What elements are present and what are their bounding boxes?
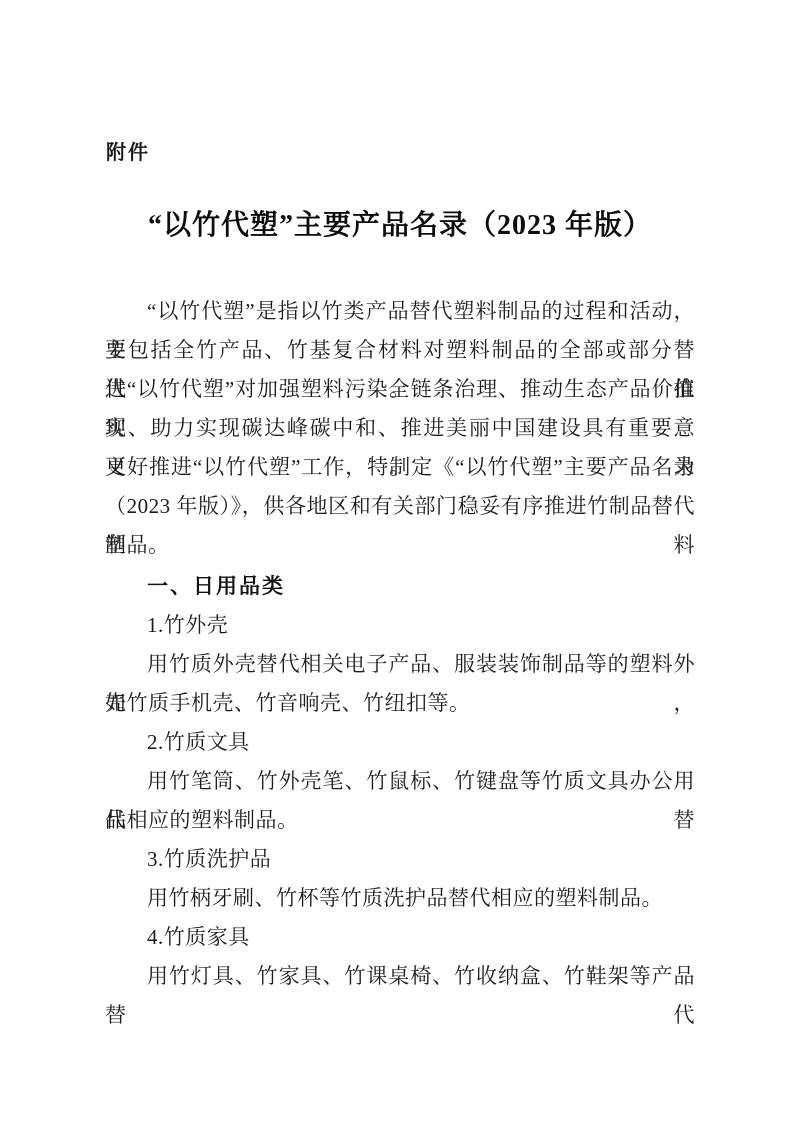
item-line: 用竹笔筒、竹外壳笔、竹鼠标、竹键盘等竹质文具办公用品替 xyxy=(105,762,695,801)
document-title: “以竹代塑”主要产品名录（2023 年版） xyxy=(80,203,720,243)
item-line: 用竹柄牙刷、竹杯等竹质洗护品替代相应的塑料制品。 xyxy=(105,879,695,918)
item-line: 用竹质外壳替代相关电子产品、服装装饰制品等的塑料外壳， xyxy=(105,645,695,684)
paragraph-line: 更好推进“以竹代塑”工作，特制定《“以竹代塑”主要产品名录 xyxy=(105,448,695,487)
paragraph-line: “以竹代塑”是指以竹类产品替代塑料制品的过程和活动，主 xyxy=(105,292,695,331)
item-title: 4.竹质家具 xyxy=(105,918,695,957)
attachment-label: 附件 xyxy=(106,136,150,165)
document-page: 附件 “以竹代塑”主要产品名录（2023 年版） “以竹代塑”是指以竹类产品替代… xyxy=(0,0,800,1132)
item-line: 用竹灯具、竹家具、竹课桌椅、竹收纳盒、竹鞋架等产品替代 xyxy=(105,957,695,996)
section-heading: 一、日用品类 xyxy=(105,567,695,606)
paragraph-line: 进“以竹代塑”对加强塑料污染全链条治理、推动生态产品价值实 xyxy=(105,370,695,409)
section-daily-goods: 一、日用品类 1.竹外壳 用竹质外壳替代相关电子产品、服装装饰制品等的塑料外壳，… xyxy=(105,567,695,996)
item-title: 2.竹质文具 xyxy=(105,723,695,762)
intro-paragraph: “以竹代塑”是指以竹类产品替代塑料制品的过程和活动，主 要包括全竹产品、竹基复合… xyxy=(105,292,695,565)
item-title: 3.竹质洗护品 xyxy=(105,840,695,879)
item-title: 1.竹外壳 xyxy=(105,606,695,645)
paragraph-line: 现、助力实现碳达峰碳中和、推进美丽中国建设具有重要意义。为 xyxy=(105,409,695,448)
paragraph-line: （2023 年版）》，供各地区和有关部门稳妥有序推进竹制品替代塑料 xyxy=(105,487,695,526)
paragraph-line: 要包括全竹产品、竹基复合材料对塑料制品的全部或部分替代。推 xyxy=(105,331,695,370)
